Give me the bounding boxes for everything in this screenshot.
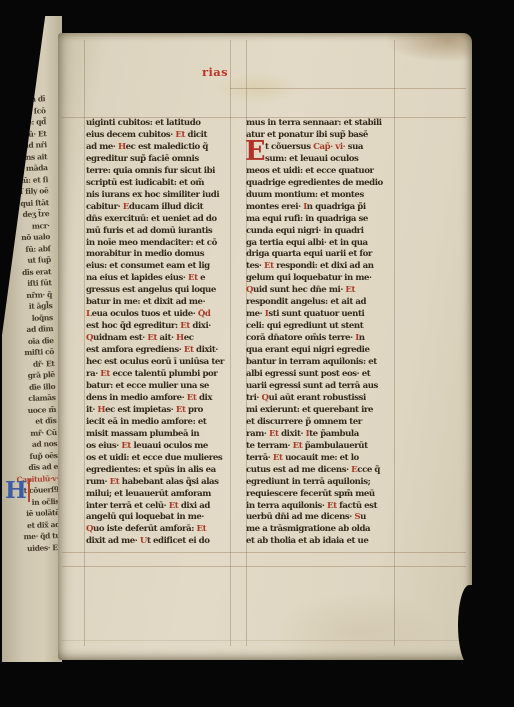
text-line: os eius· Et leuaui oculos me bbox=[86, 441, 234, 453]
text-line: morabitur in medio domus bbox=[86, 249, 234, 261]
text-line: nis iurans ex hoc similiter iudi bbox=[86, 190, 234, 202]
ruling-line-horizontal bbox=[62, 640, 462, 641]
text-line: egrediunt̃ in terrā aquilonis; bbox=[246, 477, 398, 489]
ruling-line-horizontal bbox=[62, 566, 466, 567]
text-line: corā dn̄atore om̃is terre· In bbox=[246, 333, 398, 345]
text-line: terre: quia omnis fur sicut ibi bbox=[86, 166, 234, 178]
text-line: et ab tholia et ab idaia et ue bbox=[246, 536, 398, 548]
text-line: hec est oculus eorū ī uniūsa ter bbox=[86, 357, 234, 369]
text-line: misit massam plumbeā in bbox=[86, 429, 234, 441]
text-line: celi: qui egrediunt̃ ut stent bbox=[246, 321, 398, 333]
text-line: est amfora egrediens· Et dixit· bbox=[86, 345, 234, 357]
illuminated-initial-red: E bbox=[245, 139, 266, 164]
ruling-line-vertical bbox=[84, 40, 85, 646]
text-line: sum: et leuaui oculos bbox=[246, 154, 398, 166]
text-line: gelum qui loquebatur in me· bbox=[246, 273, 398, 285]
text-line: scriptū est iudicabit̃: et om̃ bbox=[86, 178, 234, 190]
text-line: Quidnam est· Et ait· Hec bbox=[86, 333, 234, 345]
text-line: meos et uidi: et ecce quatuor bbox=[246, 166, 398, 178]
text-line: iecit eā in medio amfore: et bbox=[86, 417, 234, 429]
text-line: Quo iste deferūt amforā: Et bbox=[86, 524, 234, 536]
text-line: eius: et consumet eam et lig bbox=[86, 261, 234, 273]
text-line: uiginti cubitos: et latitudo bbox=[86, 118, 234, 130]
text-line: Quid sunt hec dn̄e mi· Et bbox=[246, 285, 398, 297]
text-line: uerbū dn̄i ad me dicens· Su bbox=[246, 512, 398, 524]
text-line: inter terrā et celū· Et dixi ad bbox=[86, 501, 234, 513]
text-line: na eius et lapides eius· Et e bbox=[86, 273, 234, 285]
illuminated-initial-blue: H bbox=[5, 479, 30, 502]
text-line: cabitur· Educam illud dicit bbox=[86, 202, 234, 214]
text-line: respondit angelus: et ait ad bbox=[246, 297, 398, 309]
text-line: egredientes: et spūs in alis ea bbox=[86, 465, 234, 477]
text-line: dixit ad me· Ut edificet̃ ei do bbox=[86, 536, 234, 548]
text-line: gressus est angelus qui loque bbox=[86, 285, 234, 297]
text-line: angelū qui loquebat̃ in me· bbox=[86, 512, 234, 524]
text-line: atur et ponatur ibi sup̃ basē bbox=[246, 130, 398, 142]
text-line: me a trāsmigratione ab olda bbox=[246, 524, 398, 536]
text-line: et discurrere p̃ omnem ter bbox=[246, 417, 398, 429]
text-line: rum· Et habebant alas q̃si alas bbox=[86, 477, 234, 489]
text-line: ra· Et ecce talentū plumbi pοr bbox=[86, 369, 234, 381]
parchment-edge-notch bbox=[458, 585, 477, 665]
text-line: Leua oculos tuos et uide· Q̃d bbox=[86, 309, 234, 321]
text-line: duum montium: et montes bbox=[246, 190, 398, 202]
text-line: quadrige egredientes de medio bbox=[246, 178, 398, 190]
text-column-left: uiginti cubitos: et latitudoeius decem c… bbox=[86, 118, 234, 548]
text-line: batur in me: et dixit ad me· bbox=[86, 297, 234, 309]
text-line: egreditur sup̃ faciē omnis bbox=[86, 154, 234, 166]
text-line: ram· Et dixit· Ite p̃ambula bbox=[246, 429, 398, 441]
text-line: me· Isti sunt quatuor uenti bbox=[246, 309, 398, 321]
ruling-line-horizontal bbox=[230, 88, 466, 89]
text-line: tes· Et respondi: et dixi ad an bbox=[246, 261, 398, 273]
text-line: cunda equi nigri· in quadri bbox=[246, 226, 398, 238]
text-line: tri· Qui aūt erant robustissi bbox=[246, 393, 398, 405]
manuscript-page: rias uiginti cubitos: et latitudoeius de… bbox=[58, 33, 472, 660]
text-line: requiescere fecerūt spm̃ meū bbox=[246, 489, 398, 501]
text-line: bantur in terram aquilonis: et bbox=[246, 357, 398, 369]
text-line: uides· Et bbox=[4, 541, 62, 555]
text-line: driga quarta equi uarii et for bbox=[246, 249, 398, 261]
running-title: rias bbox=[202, 65, 228, 79]
text-line: ad me· Hec est maledictio q̃ bbox=[86, 142, 234, 154]
ruling-line-horizontal bbox=[62, 552, 466, 553]
text-line: est hoc q̃d egreditur: Et dixi· bbox=[86, 321, 234, 333]
text-line: dn̄s exercituū: et ueniet ad do bbox=[86, 214, 234, 226]
text-line: ma equi rufi: in quadriga se bbox=[246, 214, 398, 226]
text-line: cutus est ad me dicens· Ecce q̃ bbox=[246, 465, 398, 477]
text-line: montes erei· In quadriga p̃i bbox=[246, 202, 398, 214]
text-line: in noīe meo mendaciter: et cō bbox=[86, 238, 234, 250]
text-line: milui; et leuauerūt amforam bbox=[86, 489, 234, 501]
text-line: it· Hec est impietas· Et prο bbox=[86, 405, 234, 417]
text-line: mi exierunt: et querebant ire bbox=[246, 405, 398, 417]
text-line: dens in medio amfore· Et dix bbox=[86, 393, 234, 405]
text-line: ga tertia equi albi· et in qua bbox=[246, 238, 398, 250]
text-line: te terram· Et p̃ambulauerūt bbox=[246, 441, 398, 453]
text-line: eius decem cubitos· Et dicit bbox=[86, 130, 234, 142]
text-line: uarii egressi sunt ad terrā aus bbox=[246, 381, 398, 393]
text-line: batur: et ecce mulier una se bbox=[86, 381, 234, 393]
text-line: mus in terra sennaar: et stabili bbox=[246, 118, 398, 130]
text-line: in terra aquilonis· Et factū est bbox=[246, 501, 398, 513]
text-line: t cõuersus Cap̃· vi· sua bbox=[246, 142, 398, 154]
manuscript-photo: um dīeis ſcōite: qd̃nū· Etuid nr̄idns ai… bbox=[0, 0, 514, 707]
text-line: qua erant equi nigri egredie bbox=[246, 345, 398, 357]
text-column-right: E mus in terra sennaar: et stabiliatur e… bbox=[246, 118, 398, 548]
text-line: albi egressi sunt post eos· et bbox=[246, 369, 398, 381]
text-line: mū furis et ad domū iurantis bbox=[86, 226, 234, 238]
text-line: os et uidi: et ecce due mulieres bbox=[86, 453, 234, 465]
text-line: terrā· Et uocauit me: et lo bbox=[246, 453, 398, 465]
